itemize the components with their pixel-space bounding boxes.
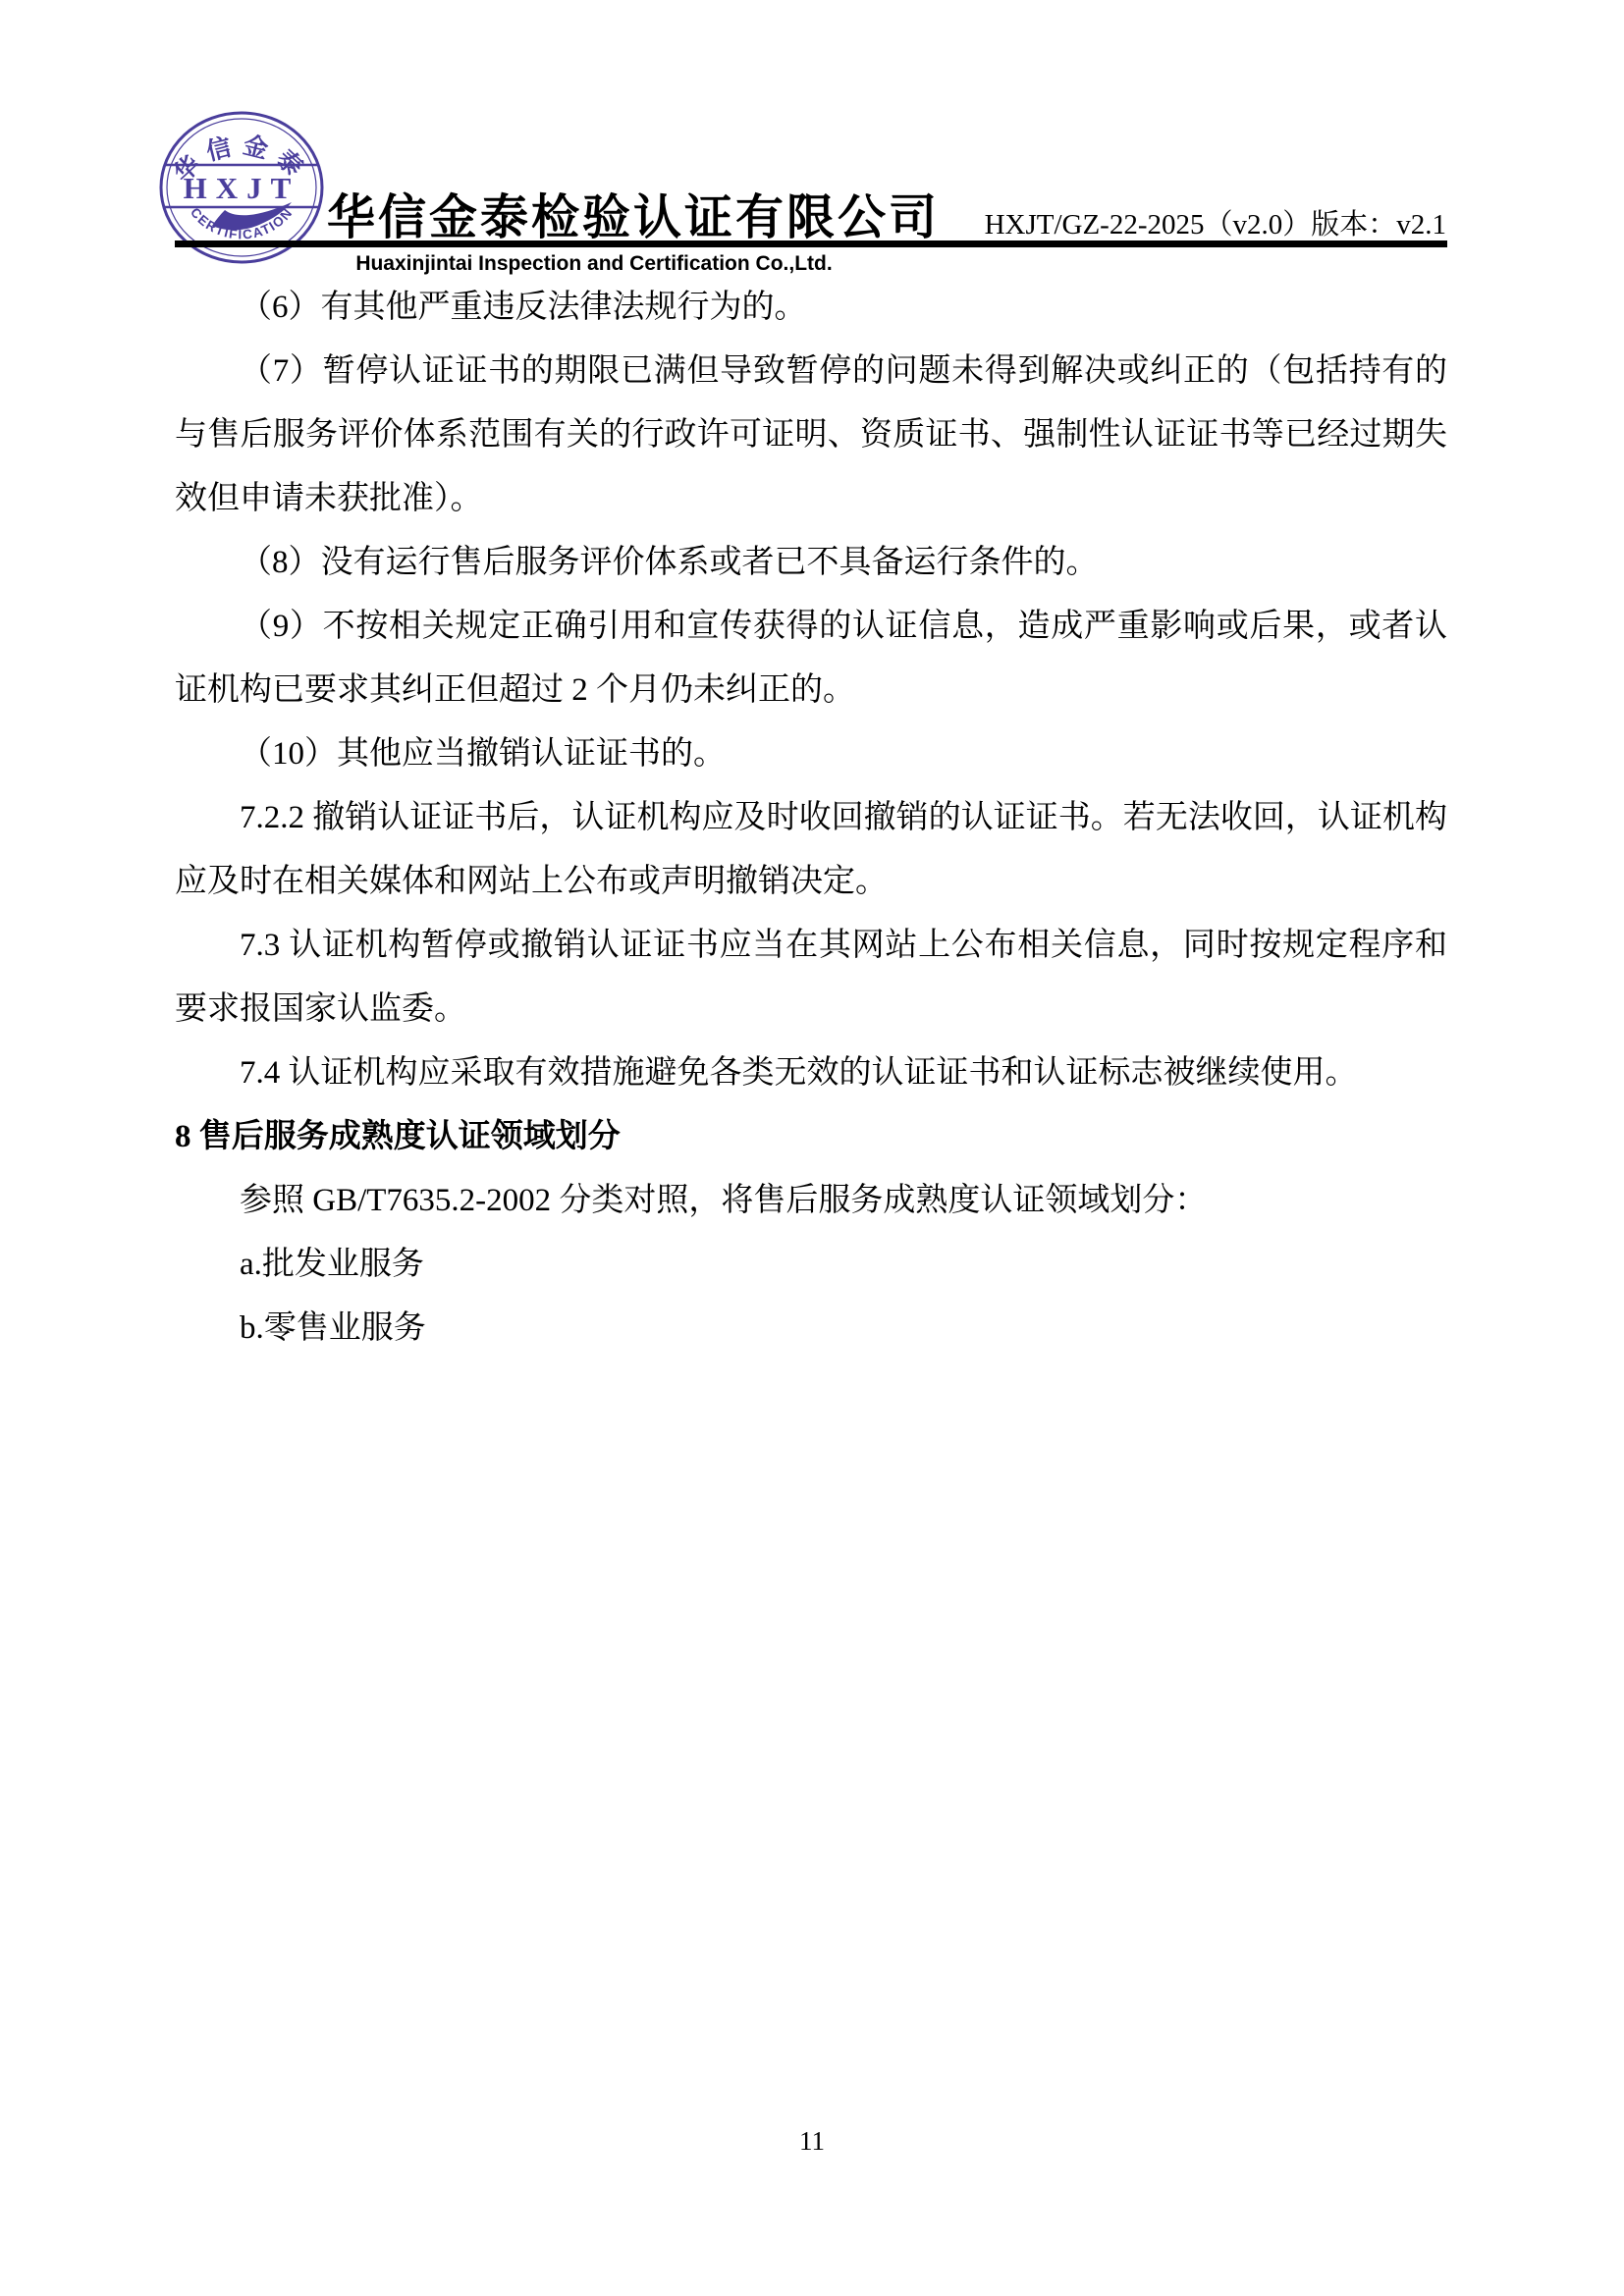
paragraph-item-8: （8）没有运行售后服务评价体系或者已不具备运行条件的。 [175, 531, 1447, 595]
company-name-cn: 华信金泰检验认证有限公司 [327, 180, 940, 248]
paragraph-7-3: 7.3 认证机构暂停或撤销认证证书应当在其网站上公布相关信息，同时按规定程序和要… [175, 914, 1447, 1041]
logo-center-text: HXJT [184, 171, 300, 205]
section-8-heading: 8 售后服务成熟度认证领域划分 [175, 1105, 1447, 1169]
document-number: HXJT/GZ-22-2025（v2.0）版本：v2.1 [985, 202, 1446, 242]
list-item-a: a.批发业服务 [175, 1233, 1447, 1297]
paragraph-7-2-2: 7.2.2 撤销认证证书后，认证机构应及时收回撤销的认证证书。若无法收回，认证机… [175, 786, 1447, 914]
paragraph-item-9: （9）不按相关规定正确引用和宣传获得的认证信息，造成严重影响或后果，或者认证机构… [175, 595, 1447, 722]
paragraph-item-7: （7）暂停认证证书的期限已满但导致暂停的问题未得到解决或纠正的（包括持有的与售后… [175, 340, 1447, 531]
page-number: 11 [0, 2126, 1624, 2157]
document-body: （6）有其他严重违反法律法规行为的。 （7）暂停认证证书的期限已满但导致暂停的问… [175, 276, 1447, 1361]
paragraph-section-8-intro: 参照 GB/T7635.2-2002 分类对照，将售后服务成熟度认证领域划分： [175, 1169, 1447, 1233]
header-divider [175, 240, 1447, 247]
list-item-b: b.零售业服务 [175, 1297, 1447, 1361]
document-page: 华信金泰 HXJT CERTIFICATION 华信金泰检验认证有限公司 HXJ… [0, 0, 1624, 2296]
paragraph-item-6: （6）有其他严重违反法律法规行为的。 [175, 276, 1447, 340]
paragraph-7-4: 7.4 认证机构应采取有效措施避免各类无效的认证证书和认证标志被继续使用。 [175, 1041, 1447, 1105]
company-name-en: Huaxinjintai Inspection and Certificatio… [334, 252, 854, 276]
paragraph-item-10: （10）其他应当撤销认证证书的。 [175, 722, 1447, 786]
